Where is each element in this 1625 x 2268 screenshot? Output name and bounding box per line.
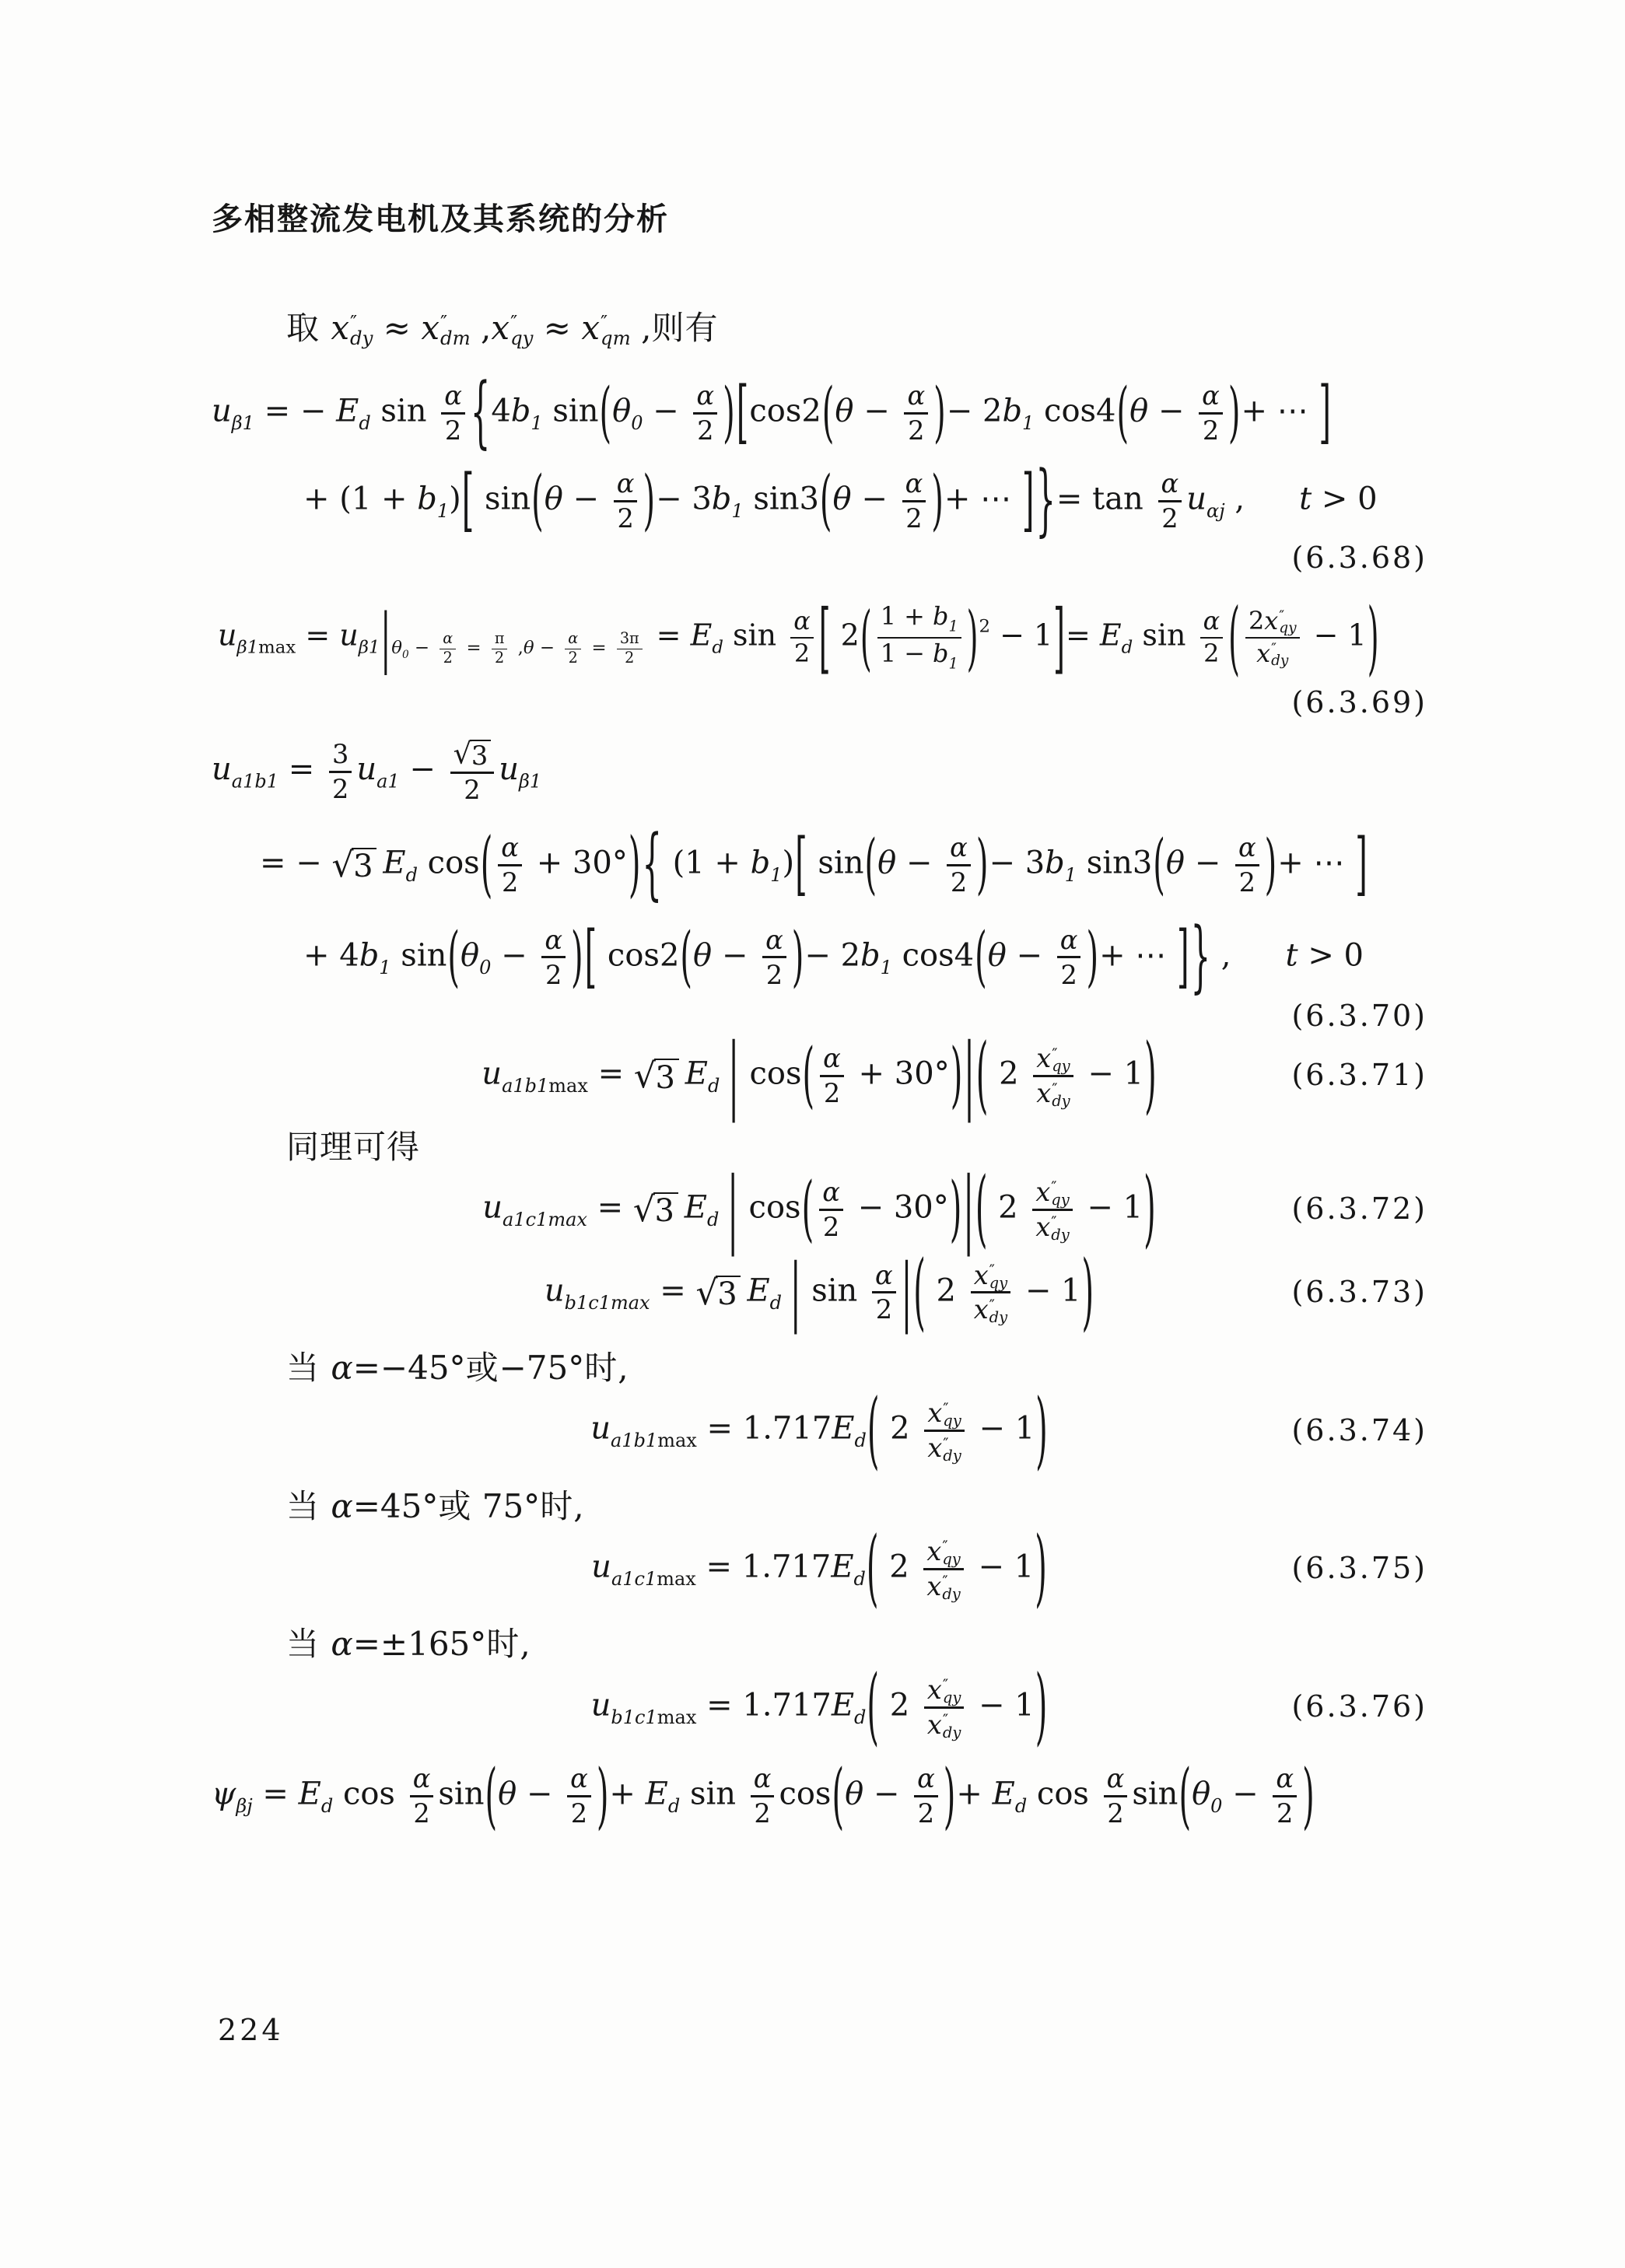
math-italic: α (822, 1177, 840, 1207)
math-subscript: a1 (376, 771, 400, 793)
equation-number: (6.3.76) (1291, 1690, 1427, 1724)
math-roman: (1 + (663, 845, 751, 880)
math-roman: − 2 (947, 393, 1003, 429)
eq-6-3-76: ub1c1max = 1.717Ed( 2 x″qyx″dy − 1)(6.3.… (212, 1676, 1427, 1739)
math-roman: = (647, 618, 691, 653)
math-fraction: α2 (902, 470, 926, 533)
cjk-text: 当 (286, 1349, 331, 1387)
math-fraction: α2 (820, 1045, 844, 1108)
math-italic: α (501, 832, 519, 863)
math-big-delimiter: [ (584, 926, 598, 988)
math-big-delimiter: ) (1035, 1669, 1049, 1745)
math-subscript: 0 (479, 957, 491, 978)
math-italic: θ (877, 845, 896, 880)
eq-6-3-69-formula: uβ1max = uβ1|θ0 − α2 = π2 ,θ − α2 = 3π2 … (218, 604, 1380, 672)
math-subscript: d (708, 1075, 720, 1097)
math-roman: + (956, 1776, 992, 1812)
math-big-delimiter: } (1035, 466, 1056, 536)
eq-6-3-76-formula: ub1c1max = 1.717Ed( 2 x″qyx″dy − 1) (591, 1676, 1049, 1739)
math-roman: 2 (571, 1798, 587, 1829)
math-roman: sin3 (744, 481, 819, 516)
eq-6-3-68-line2: + (1 + b1)[ sin(θ − α2)− 3b1 sin3(θ − α2… (212, 470, 1427, 533)
math-italic: u (590, 1411, 611, 1447)
math-roman: = (296, 618, 339, 653)
math-big-delimiter: | (380, 609, 391, 667)
math-italic: α (1060, 925, 1078, 955)
math-supsub: ″dy (943, 1714, 961, 1738)
math-roman: + (1 + (303, 481, 417, 516)
math-roman: + (609, 1776, 645, 1812)
math-roman: = − (254, 393, 336, 429)
math-italic: E (831, 1549, 853, 1584)
math-italic: α (765, 925, 783, 955)
math-roman: + ⋯ (944, 481, 1021, 516)
math-roman: − (491, 937, 537, 973)
math-big-delimiter: [ (461, 470, 475, 531)
math-roman: − (1185, 845, 1231, 880)
math-roman: , (471, 309, 492, 347)
math-roman: − 1 (1015, 1272, 1080, 1308)
math-italic: α (545, 925, 562, 955)
math-roman: − 1 (990, 618, 1052, 653)
math-roman: max (548, 1075, 588, 1097)
math-italic: u (218, 618, 236, 653)
math-supsub: ″qy (942, 1541, 960, 1565)
math-subscript: αj (1206, 500, 1225, 522)
math-italic: x (421, 309, 440, 347)
math-big-delimiter: ( (679, 928, 693, 987)
cjk-text: 或 (466, 1349, 499, 1387)
math-roman: cos (418, 845, 480, 880)
math-big-delimiter: ( (866, 1531, 880, 1607)
math-italic: x (1035, 1212, 1050, 1242)
math-big-delimiter: ] (1354, 835, 1368, 896)
math-roman: π (495, 629, 505, 647)
cjk-text: 时 (584, 1349, 618, 1387)
intro-line-formula: 取 x″dy ≈ x″dm ,x″qy ≈ x″qm ,则有 (286, 310, 718, 347)
math-subscript: d (406, 864, 418, 886)
math-big-delimiter: [ (818, 604, 832, 673)
math-italic: x (1036, 1078, 1051, 1108)
math-italic: x (926, 1536, 941, 1566)
math-subscript: 1 (948, 655, 958, 673)
math-italic: u (591, 1687, 611, 1723)
math-subscript: 1 (437, 500, 449, 522)
math-italic: α (917, 1763, 935, 1794)
math-roman: 2 (880, 1411, 919, 1447)
math-roman: − (534, 638, 561, 658)
math-italic: α (754, 1763, 772, 1794)
eq-6-3-71-formula: ua1b1max = √3 Ed | cos(α2 + 30°)|( 2 x″q… (482, 1045, 1157, 1108)
eq-6-3-69-number: (6.3.69) (212, 684, 1427, 720)
math-big-delimiter: ) (596, 1764, 610, 1829)
math-italic: b (511, 393, 531, 429)
math-big-delimiter: ( (1228, 602, 1241, 674)
math-roman: − 1 (969, 1411, 1035, 1447)
math-subscript: d (854, 1706, 866, 1728)
eq-6-3-68-line1: uβ1 = − Ed sin α2{4b1 sin(θ0 − α2)[cos2(… (212, 382, 1427, 445)
math-italic: u (591, 1549, 611, 1584)
math-roman: + ⋯ (1241, 393, 1318, 429)
when-line-2: 当 α=45°或 75°时, (212, 1486, 1427, 1525)
math-italic: x (927, 1675, 942, 1705)
math-roman: − (854, 393, 900, 429)
eq-6-3-68-line1-formula: uβ1 = − Ed sin α2{4b1 sin(θ0 − α2)[cos2(… (212, 382, 1332, 445)
math-fraction: α2 (819, 1178, 843, 1241)
math-roman: 2 (876, 1294, 892, 1325)
math-roman: cos2 (749, 393, 821, 429)
math-subscript: 0 (631, 412, 643, 434)
math-fraction: α2 (541, 926, 566, 989)
math-italic: α (696, 380, 714, 411)
math-supsub: ″dy (943, 1438, 961, 1462)
math-roman: 2 (880, 1687, 919, 1723)
math-roman: sin (543, 393, 599, 429)
math-sqrt: √3 (454, 740, 492, 769)
math-italic: E (993, 1776, 1015, 1812)
math-roman: max (657, 1430, 697, 1451)
math-big-delimiter: ( (974, 928, 988, 987)
math-big-delimiter: ) (642, 471, 656, 530)
math-italic: α (875, 1260, 893, 1290)
math-roman: 2 (413, 1798, 429, 1829)
math-roman: ) (783, 845, 795, 880)
math-big-delimiter: ( (447, 928, 461, 987)
math-italic: θ (845, 1776, 863, 1812)
math-roman: 2 (617, 503, 633, 534)
eq-6-3-70-line1-formula: ua1b1 = 32ua1 − √32uβ1 (212, 739, 541, 804)
math-italic: b1c1max (565, 1292, 650, 1314)
math-italic: x (927, 1398, 942, 1428)
math-roman: 2 (988, 1189, 1028, 1225)
math-big-delimiter: { (470, 378, 491, 448)
math-italic: u (1186, 481, 1206, 516)
math-big-delimiter: ) (966, 606, 979, 670)
math-roman: 3 (332, 739, 348, 769)
math-supsub: ″qy (943, 1679, 961, 1703)
math-roman: 2 (880, 1549, 919, 1584)
math-big-delimiter: | (727, 1038, 739, 1114)
similarly-line-formula: 同理可得 (286, 1129, 420, 1166)
math-roman: > 0 (1298, 937, 1364, 973)
math-roman: = (1066, 618, 1100, 653)
math-roman: 3 (471, 740, 488, 771)
math-italic: x (491, 309, 510, 347)
math-roman: 2 (1203, 415, 1219, 446)
math-italic: α (443, 629, 453, 647)
math-roman: 2 (502, 867, 518, 898)
math-roman: 2 (766, 960, 783, 990)
math-italic: u (339, 618, 358, 653)
math-roman: = 1.717 (696, 1687, 831, 1723)
math-roman: ) (449, 481, 461, 516)
math-italic: x (1264, 606, 1278, 635)
math-italic: θ (835, 393, 853, 429)
math-big-delimiter: ] (1176, 926, 1190, 988)
math-roman: 3 (656, 1060, 675, 1096)
equation-number: (6.3.69) (1291, 685, 1427, 719)
math-italic: E (646, 1776, 668, 1812)
math-fraction: α2 (872, 1262, 896, 1325)
math-big-delimiter: } (1190, 922, 1211, 992)
math-italic: u (212, 751, 232, 787)
math-roman: + 30° (849, 1055, 950, 1091)
math-space (678, 1181, 685, 1217)
math-italic: E (299, 1776, 321, 1812)
math-roman: − (1007, 937, 1052, 973)
math-big-delimiter: | (963, 1038, 975, 1114)
math-superscript: 2 (979, 617, 990, 637)
math-roman: 2 (1249, 606, 1264, 635)
math-roman: 2 (625, 649, 634, 667)
math-roman: cos (739, 1189, 801, 1225)
math-italic: b (1002, 393, 1022, 429)
math-roman: − 30° (848, 1189, 949, 1225)
math-italic: β1 (236, 638, 258, 658)
math-roman: + ⋯ (1277, 845, 1354, 880)
math-italic: E (832, 1411, 854, 1447)
cjk-text: 则有 (651, 309, 718, 347)
math-roman: sin3 (1077, 845, 1152, 880)
math-roman: 2 (1239, 867, 1256, 898)
math-italic: a1c1 (611, 1568, 657, 1590)
math-fraction: α2 (1273, 1765, 1297, 1828)
math-subscript: 1 (1065, 864, 1077, 886)
math-subscript: d (359, 412, 370, 434)
math-fraction: π2 (492, 631, 508, 666)
math-space (1245, 473, 1299, 509)
math-roman: 2 (1277, 1798, 1293, 1829)
math-italic: E (685, 1055, 708, 1091)
math-fraction: α2 (1200, 608, 1224, 667)
math-roman: cos (740, 1055, 802, 1091)
math-roman: = tan (1056, 481, 1154, 516)
math-big-delimiter: ) (628, 833, 642, 898)
math-big-delimiter: ( (1152, 835, 1166, 894)
intro-line: 取 x″dy ≈ x″dm ,x″qy ≈ x″qm ,则有 (212, 307, 1427, 347)
math-roman: = (461, 638, 487, 658)
math-subscript: d (668, 1795, 680, 1817)
math-big-delimiter: | (901, 1259, 912, 1326)
math-supsub: ″qm (601, 315, 631, 345)
math-italic: E (336, 393, 359, 429)
math-fraction: α2 (498, 834, 522, 897)
equation-number: (6.3.70) (1291, 999, 1427, 1033)
eq-6-3-72: ua1c1max = √3 Ed | cos(α2 − 30°)|( 2 x″q… (212, 1178, 1427, 1241)
math-italic: u (499, 751, 519, 787)
math-sqrt: √3 (696, 1276, 741, 1310)
math-roman: = (650, 1272, 696, 1308)
math-subscript: a1b1max (611, 1430, 697, 1451)
math-italic: θ (461, 937, 479, 973)
math-fraction: α2 (762, 926, 786, 989)
eq-6-3-70-number: (6.3.70) (212, 998, 1427, 1034)
math-roman: − 3 (989, 845, 1045, 880)
math-italic: θ (833, 481, 852, 516)
math-italic: E (685, 1189, 707, 1225)
math-supsub: ″dy (350, 315, 373, 345)
math-roman: sin (802, 1272, 868, 1308)
math-space (1231, 929, 1286, 965)
math-fraction: α2 (440, 631, 456, 666)
math-roman: sin (808, 845, 864, 880)
math-fraction: α2 (790, 608, 814, 667)
math-italic: α (907, 380, 925, 411)
math-fraction: α2 (914, 1765, 938, 1828)
math-subscript: d (770, 1292, 782, 1314)
math-roman: 2 (823, 1212, 839, 1242)
eq-6-3-70-line1: ua1b1 = 32ua1 − √32uβ1 (212, 739, 1427, 804)
math-italic: x (1036, 1043, 1051, 1073)
math-fraction: x″qyx″dy (924, 1399, 964, 1462)
math-roman: cos (779, 1776, 831, 1812)
eq-6-3-70-line3-formula: + 4b1 sin(θ0 − α2)[ cos2(θ − α2)− 2b1 co… (303, 926, 1364, 989)
math-italic: x (927, 1710, 942, 1740)
math-big-delimiter: ) (1143, 1038, 1157, 1114)
math-italic: x (926, 1571, 941, 1601)
math-big-delimiter: ) (1301, 1764, 1315, 1829)
math-fraction: α2 (947, 834, 971, 897)
math-italic: x (1256, 639, 1270, 668)
math-roman: > 0 (1312, 481, 1377, 516)
equation-number: (6.3.75) (1291, 1552, 1427, 1586)
math-roman: = (278, 751, 324, 787)
eq-6-3-74-formula: ua1b1max = 1.717Ed( 2 x″qyx″dy − 1) (590, 1399, 1049, 1462)
math-big-delimiter: ( (867, 1393, 881, 1468)
math-fraction: x″qyx″dy (1032, 1178, 1072, 1241)
math-roman: cos (1027, 1776, 1098, 1812)
math-subscript: 1 (770, 864, 782, 886)
math-roman: − (852, 481, 898, 516)
eq-6-3-70-line2: = − √3 Ed cos(α2 + 30°){ (1 + b1)[ sin(θ… (212, 834, 1427, 897)
math-fraction: x″qyx″dy (923, 1538, 963, 1601)
math-italic: θ (1166, 845, 1185, 880)
math-roman: = 1.717 (696, 1549, 831, 1584)
math-roman: , (573, 1487, 583, 1525)
math-big-delimiter: ( (1178, 1764, 1192, 1829)
math-fraction: 32 (329, 740, 352, 803)
math-roman: 4 (491, 393, 510, 429)
math-italic: α (1276, 1763, 1294, 1794)
page-number: 224 (218, 2013, 284, 2047)
when-line-1: 当 α=−45°或−75°时, (212, 1347, 1427, 1387)
when-line-3: 当 α=±165°时, (212, 1624, 1427, 1664)
math-italic: u (356, 751, 376, 787)
math-big-delimiter: ( (819, 471, 833, 530)
math-italic: x (1035, 1177, 1050, 1207)
math-roman: 2 (926, 1272, 966, 1308)
math-subscript: a1b1 (232, 771, 278, 793)
math-subscript: θ0 − α2 = π2 ,θ − α2 = 3π2 (391, 638, 646, 658)
when-line-2-formula: 当 α=45°或 75°时, (286, 1488, 584, 1525)
math-fraction: α2 (751, 1765, 775, 1828)
eq-6-3-70-line3: + 4b1 sin(θ0 − α2)[ cos2(θ − α2)− 2b1 co… (212, 926, 1427, 989)
math-roman: 2 (832, 618, 860, 653)
math-italic: b (933, 639, 948, 668)
math-italic: α (568, 629, 578, 647)
cjk-text: 时 (486, 1625, 520, 1663)
math-big-delimiter: ( (802, 1044, 816, 1108)
math-subscript: 0 (1210, 1795, 1222, 1817)
math-big-delimiter: ) (1143, 1172, 1157, 1248)
eq-6-3-75: ua1c1max = 1.717Ed( 2 x″qyx″dy − 1)(6.3.… (212, 1538, 1427, 1601)
math-italic: x (974, 1260, 989, 1290)
eq-6-3-69: uβ1max = uβ1|θ0 − α2 = π2 ,θ − α2 = 3π2 … (212, 604, 1427, 672)
math-fraction: α2 (904, 382, 928, 445)
math-subscript: β1 (232, 412, 254, 434)
math-big-delimiter: ) (722, 384, 736, 443)
math-italic: θ (545, 481, 563, 516)
math-italic: E (691, 618, 713, 653)
eq-psi-formula: ψβj = Ed cos α2sin(θ − α2)+ Ed sin α2cos… (212, 1765, 1315, 1828)
math-big-delimiter: ) (1264, 835, 1278, 894)
math-italic: a1b1 (611, 1430, 657, 1451)
equation-number: (6.3.74) (1291, 1414, 1427, 1448)
math-roman: 2 (908, 415, 924, 446)
math-big-delimiter: { (641, 830, 662, 900)
math-subscript: β1 (519, 771, 541, 793)
math-roman: ≈ (373, 309, 421, 347)
math-roman: − (896, 845, 942, 880)
math-big-delimiter: | (727, 1172, 738, 1248)
math-fraction: α2 (614, 470, 638, 533)
math-roman: 3 (717, 1276, 737, 1312)
math-italic: u (482, 1189, 503, 1225)
math-italic: u (482, 1055, 502, 1091)
math-roman: 2 (697, 415, 713, 446)
math-big-delimiter: ) (933, 384, 947, 443)
math-italic: u (212, 393, 232, 429)
math-sqrt: √3 (634, 1059, 679, 1093)
math-roman: 2 (545, 960, 562, 990)
math-roman: = (253, 1776, 299, 1812)
eq-6-3-73: ub1c1max = √3 Ed | sin α2|( 2 x″qyx″dy −… (212, 1262, 1427, 1325)
math-roman: − (1148, 393, 1194, 429)
math-roman: sin (438, 1776, 484, 1812)
eq-6-3-74: ua1b1max = 1.717Ed( 2 x″qyx″dy − 1)(6.3.… (212, 1399, 1427, 1462)
math-roman: cos4 (1034, 393, 1115, 429)
math-italic: x (974, 1294, 989, 1325)
math-roman: =−45° (353, 1349, 466, 1387)
math-fraction: α2 (1235, 834, 1259, 897)
math-big-delimiter: ( (975, 1038, 989, 1114)
math-subscript: d (1122, 638, 1133, 658)
math-big-delimiter: ) (949, 1178, 963, 1242)
math-roman: 2 (754, 1798, 770, 1829)
math-italic: θ (612, 393, 631, 429)
math-roman: + 4 (303, 937, 359, 973)
math-subscript: a1c1max (611, 1568, 696, 1590)
eq-6-3-70-line2-formula: = − √3 Ed cos(α2 + 30°){ (1 + b1)[ sin(θ… (260, 834, 1368, 897)
eq-6-3-71: ua1b1max = √3 Ed | cos(α2 + 30°)|( 2 x″q… (212, 1045, 1427, 1108)
math-italic: b (417, 481, 437, 516)
math-big-delimiter: ( (860, 606, 873, 670)
math-fraction: √32 (450, 739, 495, 804)
math-subscript: d (712, 638, 723, 658)
math-big-delimiter: ) (1228, 384, 1242, 443)
math-roman: 2 (951, 867, 967, 898)
math-italic: a1b1 (502, 1075, 548, 1097)
math-big-delimiter: ( (912, 1255, 926, 1330)
math-roman: 2 (1060, 960, 1077, 990)
math-big-delimiter: ) (1085, 928, 1099, 987)
math-italic: θ (1129, 393, 1148, 429)
math-roman: − (517, 1776, 562, 1812)
math-subscript: b1c1max (611, 1706, 696, 1728)
math-italic: α (823, 1043, 841, 1073)
equation-number: (6.3.73) (1291, 1276, 1427, 1310)
math-italic: b (359, 937, 380, 973)
